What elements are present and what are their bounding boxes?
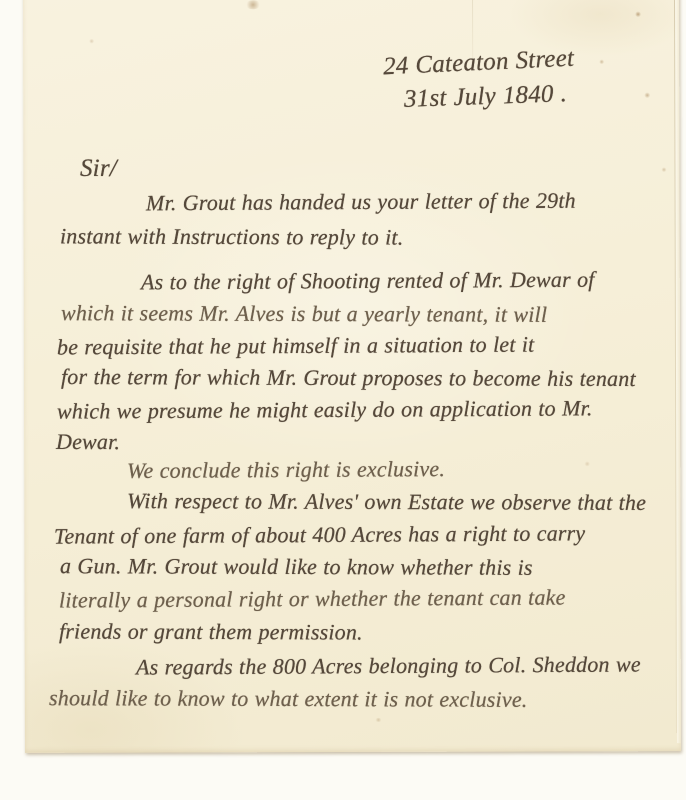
letter-line: literally a personal right or whether th… <box>59 586 566 611</box>
letter-line: Mr. Grout has handed us your letter of t… <box>146 190 576 215</box>
letter-line: which we presume he might easily do on a… <box>57 397 593 422</box>
age-spot <box>599 59 604 64</box>
letter-line: As to the right of Shooting rented of Mr… <box>141 269 595 294</box>
age-spot <box>584 461 590 466</box>
age-spot <box>89 39 94 44</box>
letter-line: As regards the 800 Acres belonging to Co… <box>136 653 641 678</box>
letter-line: which it seems Mr. Alves is but a yearly… <box>61 302 547 326</box>
letter-line: instant with Instructions to reply to it… <box>60 225 404 248</box>
letter-line: We conclude this right is exclusive. <box>127 458 445 482</box>
letter-line: friends or grant them permission. <box>59 620 363 643</box>
age-spot <box>635 11 641 17</box>
letter-line: Tenant of one farm of about 400 Acres ha… <box>54 522 585 547</box>
date-line: 31st July 1840 . <box>404 81 568 112</box>
letter-line: a Gun. Mr. Grout would like to know whet… <box>60 555 533 579</box>
age-spot <box>245 0 261 9</box>
age-spot <box>644 92 650 98</box>
letter-line: for the term for which Mr. Grout propose… <box>61 366 636 390</box>
letter-line: be requisite that he put himself in a si… <box>57 334 535 359</box>
age-spot <box>661 167 666 172</box>
letter-line: Dewar. <box>56 431 120 453</box>
letter-line: should like to know to what extent it is… <box>49 687 528 711</box>
age-spot <box>375 718 382 722</box>
letter-photo: 24 Cateaton Street 31st July 1840 . Sir/… <box>0 0 686 800</box>
salutation: Sir/ <box>80 156 117 181</box>
letter-line: With respect to Mr. Alves' own Estate we… <box>127 490 646 514</box>
